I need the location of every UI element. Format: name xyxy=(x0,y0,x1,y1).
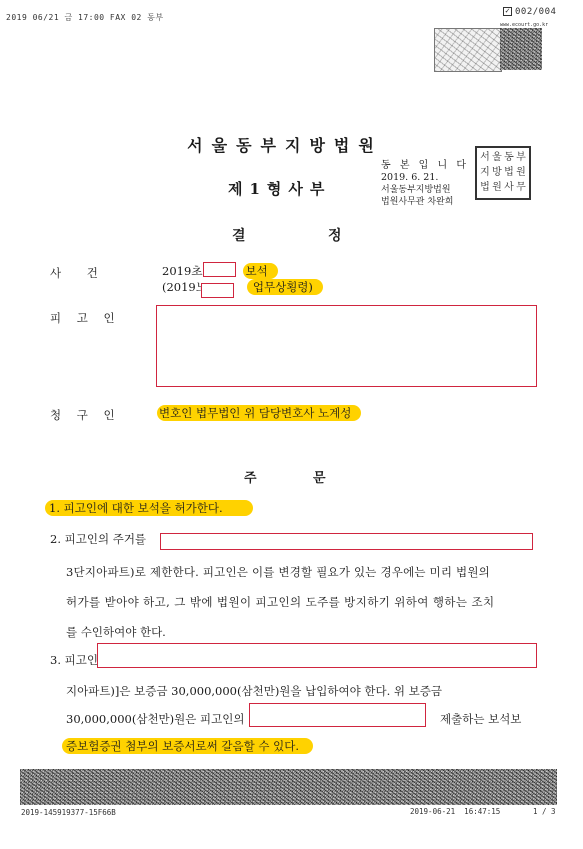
doc-type-left: 결 xyxy=(232,225,246,245)
applicant-value: 변호인 법무법인 위 담당변호사 노계성 xyxy=(157,405,361,421)
certification-court: 서울동부지방법원 xyxy=(381,184,471,196)
defendant-redaction-box xyxy=(156,305,537,387)
case-type-highlight: 보석 xyxy=(243,263,277,279)
doc-type-right: 정 xyxy=(328,225,342,245)
court-name: 서울동부지방법원 xyxy=(185,133,385,156)
redaction-box xyxy=(201,283,234,298)
division-title: 제1형사부 xyxy=(228,178,331,199)
certification-block: 동 본 입 니 다 2019. 6. 21. 서울동부지방법원 법원사무관 차완… xyxy=(381,160,471,208)
order-item-3-line-2: 지아파트)]은 보증금 30,000,000(삼천만)원을 납입하여야 한다. … xyxy=(66,683,442,699)
order-item-3-line-3-prefix: 30,000,000(삼천만)원은 피고인의 xyxy=(66,711,244,727)
defendant-label: 피 고 인 xyxy=(50,310,115,326)
fax-header-left: 2019 06/21 금 17:00 FAX 02 동부 xyxy=(6,12,164,23)
applicant-highlight: 변호인 법무법인 위 담당변호사 노계성 xyxy=(157,405,361,421)
order-item-2-line-3: 허가를 받아야 하고, 그 밖에 법원이 피고인의 도주를 방지하기 위하여 행… xyxy=(66,594,494,610)
item3-redaction-box xyxy=(97,643,537,668)
redaction-box xyxy=(203,262,236,277)
order-item-3-line-3-suffix: 제출하는 보석보 xyxy=(440,711,521,727)
case-label: 사 건 xyxy=(50,265,98,281)
case-label-text: 사 건 xyxy=(50,266,98,280)
certification-title: 동 본 입 니 다 xyxy=(381,160,471,172)
footer-barcode xyxy=(20,769,557,805)
barcode-left xyxy=(434,28,502,72)
order-item-3-line-4: 증보험증권 첨부의 보증서로써 갈음할 수 있다. xyxy=(62,738,313,754)
footer-page: 1 / 3 xyxy=(533,807,556,816)
order-item-2-line-2: 3단지아파트)로 제한한다. 피고인은 이를 변경할 필요가 있는 경우에는 미… xyxy=(66,564,490,580)
order-heading-left: 주 xyxy=(244,467,257,486)
certification-date: 2019. 6. 21. xyxy=(381,172,471,184)
footer-doc-id: 2019-145919377-15F66B xyxy=(21,808,116,817)
fax-page-icon: ✓ xyxy=(503,7,512,16)
order-item-3-highlight: 증보험증권 첨부의 보증서로써 갈음할 수 있다. xyxy=(62,738,313,754)
barcode-right xyxy=(500,28,542,70)
fax-page-counter: 002/004 xyxy=(515,7,556,17)
order-heading-right: 문 xyxy=(313,467,326,486)
address-redaction-box xyxy=(160,533,533,550)
certification-officer: 법원사무관 차완희 xyxy=(381,196,471,208)
order-item-1: 1. 피고인에 대한 보석을 허가한다. xyxy=(45,500,253,516)
order-item-1-highlight: 1. 피고인에 대한 보석을 허가한다. xyxy=(45,500,253,516)
case-line-2: (2019노업무상횡령) xyxy=(162,279,323,295)
order-item-2-line-1: 2. 피고인의 주거를 xyxy=(50,531,146,547)
court-seal-icon: 서울동부 지방법원 법원사무 xyxy=(475,146,531,200)
order-item-2-line-4: 를 수인하여야 한다. xyxy=(66,624,166,640)
item3-inline-redaction-box xyxy=(249,703,426,727)
charge-highlight: 업무상횡령) xyxy=(247,279,323,295)
applicant-label: 청 구 인 xyxy=(50,407,115,423)
footer-timestamp: 2019-06-21 16:47:15 xyxy=(410,807,500,816)
order-item-3-line-1: 3. 피고인 xyxy=(50,652,98,668)
